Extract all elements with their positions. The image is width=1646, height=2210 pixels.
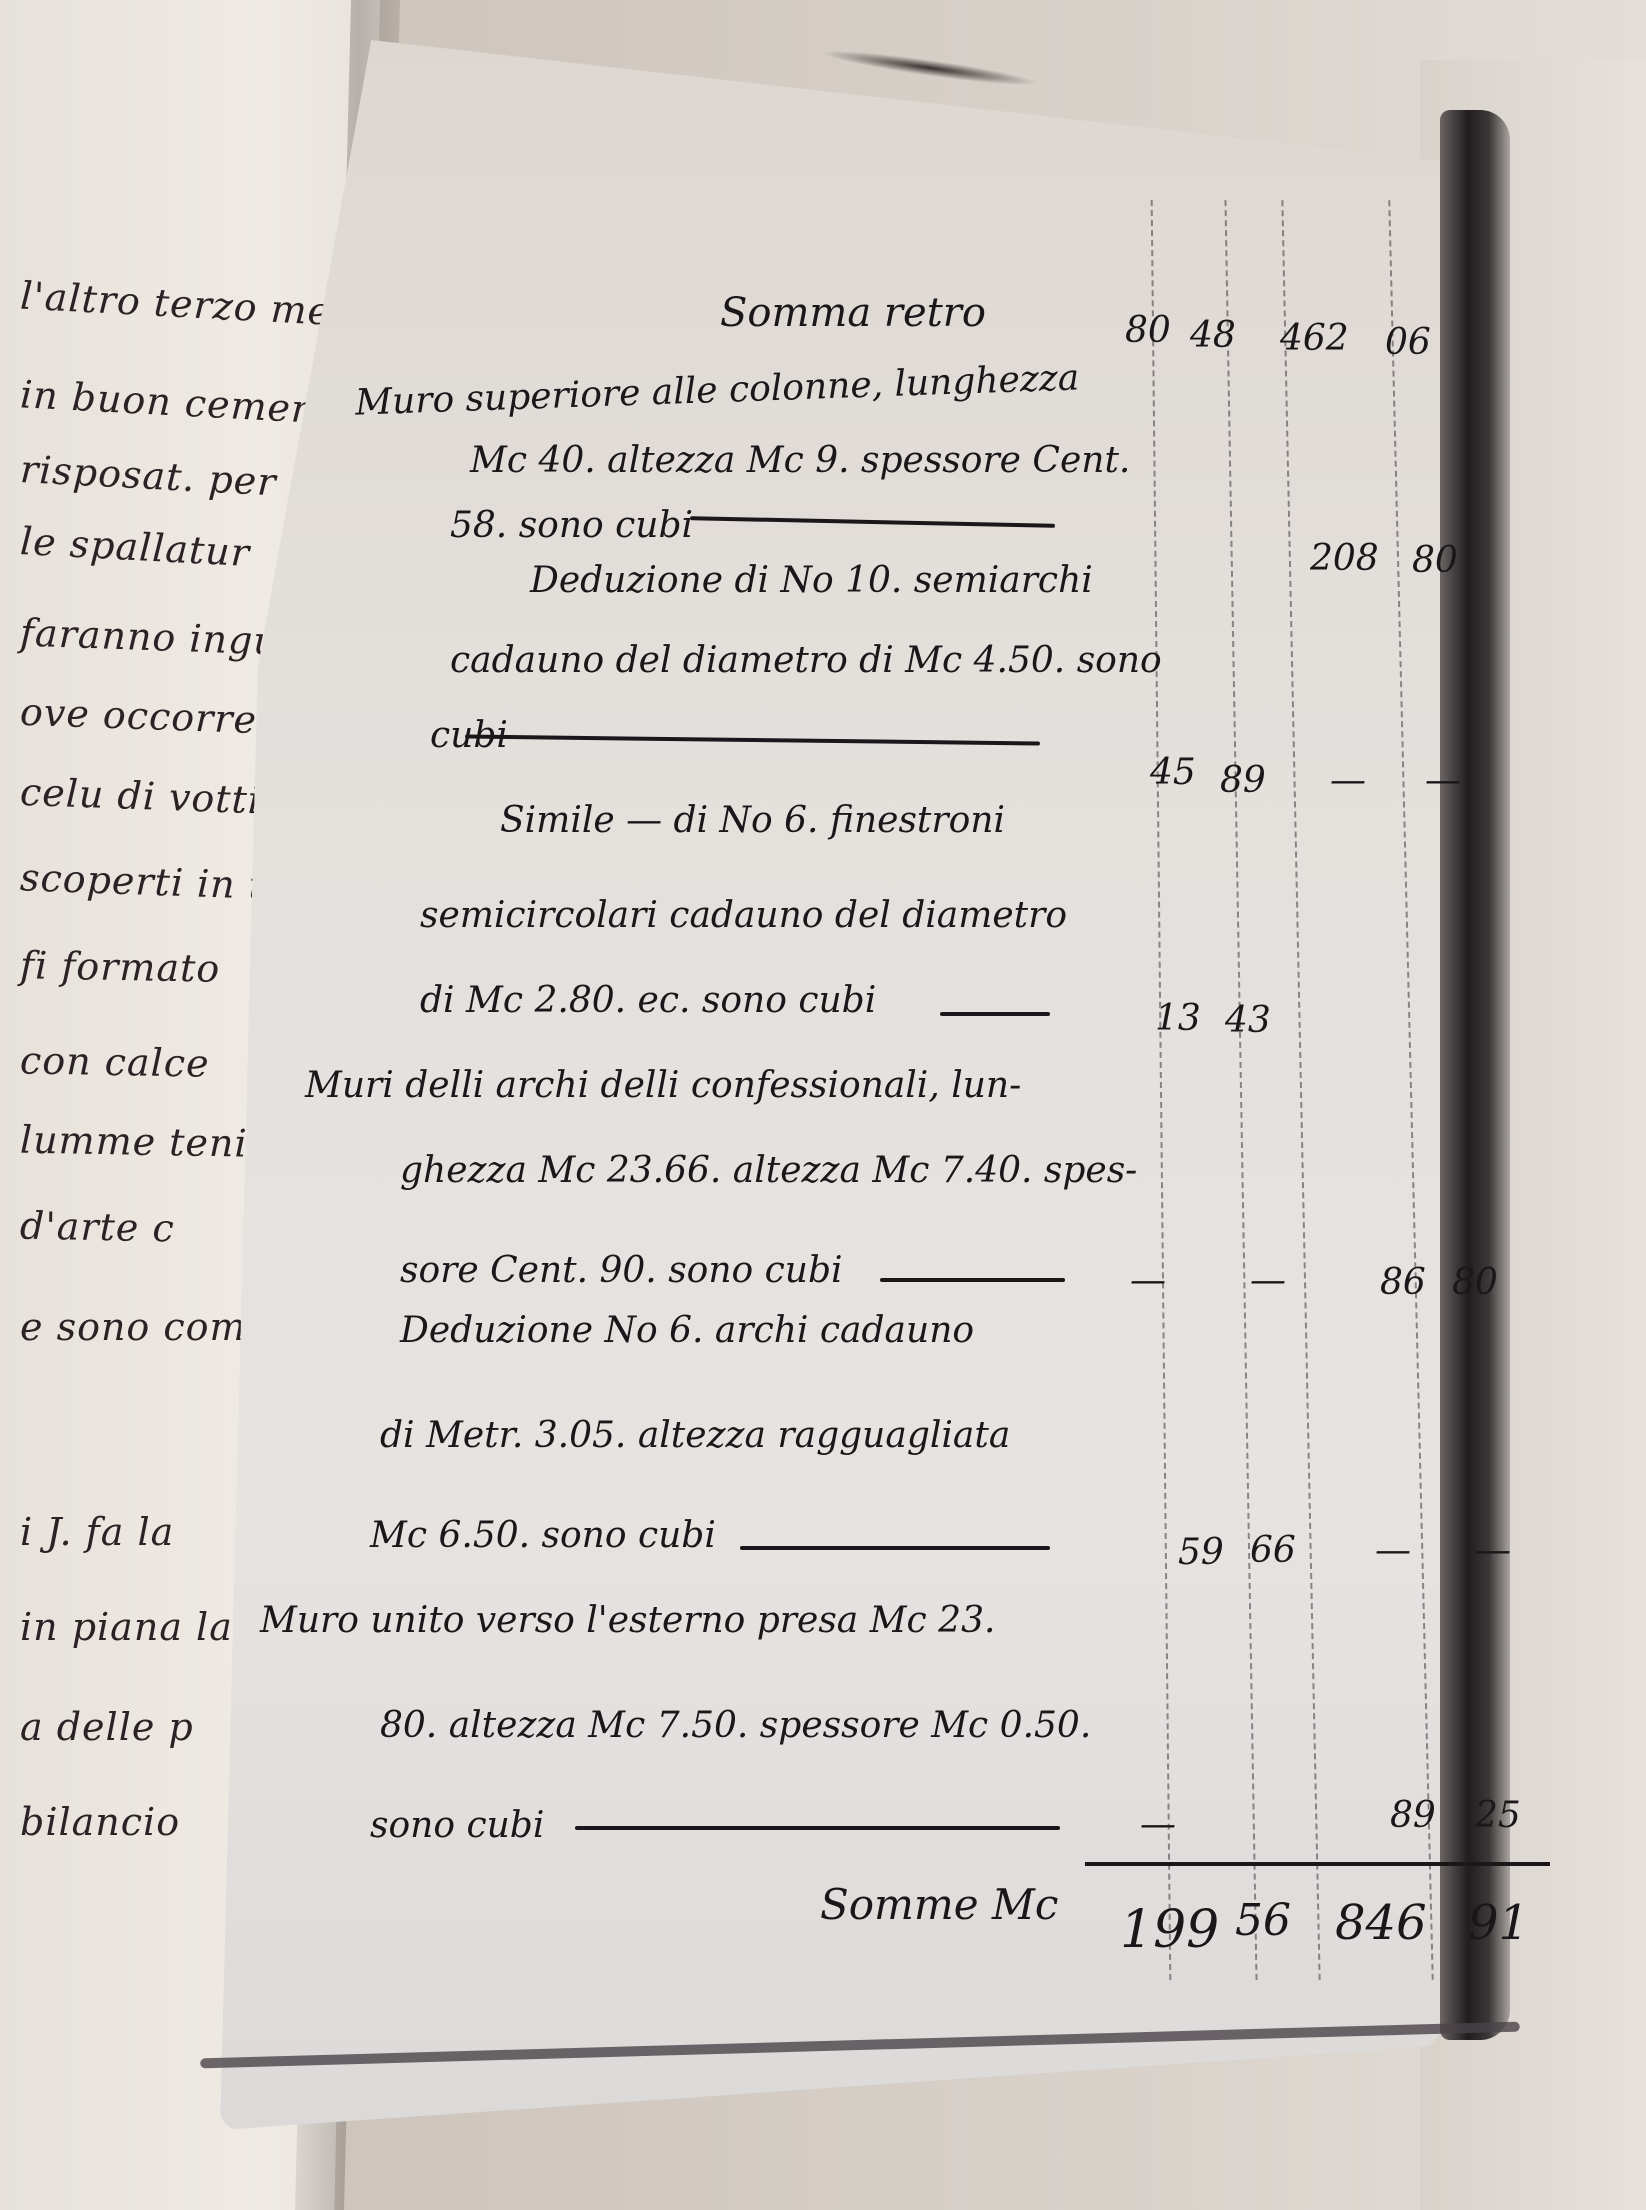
left-page-line: con calce [20,1038,210,1085]
entry-6-line-1: Muro unito verso l'esterno presa Mc 23. [260,1600,995,1641]
entry-4-line-2: ghezza Mc 23.66. altezza Mc 7.40. spes- [400,1150,1137,1191]
entry-3-line-3: di Mc 2.80. ec. sono cubi [420,980,876,1021]
entry-2-c1: 45 [1150,752,1196,793]
entry-4-c4: 80 [1452,1262,1498,1303]
total-label: Somme Mc [820,1880,1058,1929]
entry-3-line-2: semicircolari cadauno del diametro [420,895,1067,936]
total-rule [1085,1862,1550,1866]
entry-2-line-2: cadauno del diametro di Mc 4.50. sono [450,640,1162,681]
entry-2-line-1: Deduzione di No 10. semiarchi [530,560,1093,601]
carry-forward-c4: 06 [1385,322,1431,363]
entry-3-line-1: Simile — di No 6. finestroni [500,800,1005,841]
entry-5-c1: 59 [1178,1532,1224,1573]
entry-2-c3: — [1330,760,1366,801]
entry-4-c1: — [1130,1260,1166,1301]
left-page-line: i J. fa la [20,1510,174,1554]
entry-4-line-1: Muri delli archi delli confessionali, lu… [305,1065,1021,1106]
entry-6-c4: 25 [1475,1795,1521,1836]
fill-rule [880,1278,1065,1282]
entry-1-c3: 208 [1310,538,1379,579]
entry-1-line-3: 58. sono cubi [450,505,693,546]
entry-2-c4: — [1425,760,1461,801]
carry-forward-c1: 80 [1125,310,1171,351]
entry-5-c3: — [1375,1530,1411,1571]
total-c1: 199 [1120,1900,1219,1960]
left-page-line: bilancio [20,1800,180,1844]
entry-5-c2: 66 [1250,1530,1296,1571]
total-c3: 846 [1335,1895,1427,1951]
entry-3-c1: 13 [1155,998,1201,1039]
fill-rule [740,1546,1050,1550]
entry-3-c2: 43 [1225,1000,1271,1041]
left-page-line: d'arte c [20,1204,175,1251]
entry-5-c4: — [1475,1530,1511,1571]
entry-1-c4: 80 [1412,540,1458,581]
left-page-line: e sono com [20,1305,247,1349]
entry-4-c2: — [1250,1260,1286,1301]
left-page-line: fi formato [20,943,221,990]
left-page-line: scoperti in tu [19,855,291,908]
total-c4: 91 [1468,1895,1529,1951]
fill-rule [575,1826,1060,1830]
entry-4-line-3: sore Cent. 90. sono cubi [400,1250,843,1291]
page-stack-edge [1440,110,1510,2040]
left-page-line: faranno ingu [19,610,279,663]
entry-6-line-3: sono cubi [370,1805,544,1846]
entry-2-c2: 89 [1220,760,1266,801]
entry-5-line-1: Deduzione No 6. archi cadauno [400,1310,974,1351]
total-c2: 56 [1235,1895,1291,1946]
fill-rule [940,1012,1050,1016]
left-page-line: in piana la [20,1605,233,1649]
carry-forward-c2: 48 [1190,315,1236,356]
entry-1-line-2: Mc 40. altezza Mc 9. spessore Cent. [470,440,1130,481]
entry-6-c1: — [1140,1804,1176,1845]
entry-6-c3: 89 [1390,1795,1436,1836]
entry-4-c3: 86 [1380,1262,1426,1303]
entry-5-line-3: Mc 6.50. sono cubi [370,1515,716,1556]
entry-5-line-2: di Metr. 3.05. altezza ragguagliata [380,1415,1010,1456]
entry-6-line-2: 80. altezza Mc 7.50. spessore Mc 0.50. [380,1705,1091,1746]
carry-forward-c3: 462 [1280,318,1349,359]
left-page-line: a delle p [20,1705,194,1749]
carry-forward-label: Somma retro [720,290,986,336]
